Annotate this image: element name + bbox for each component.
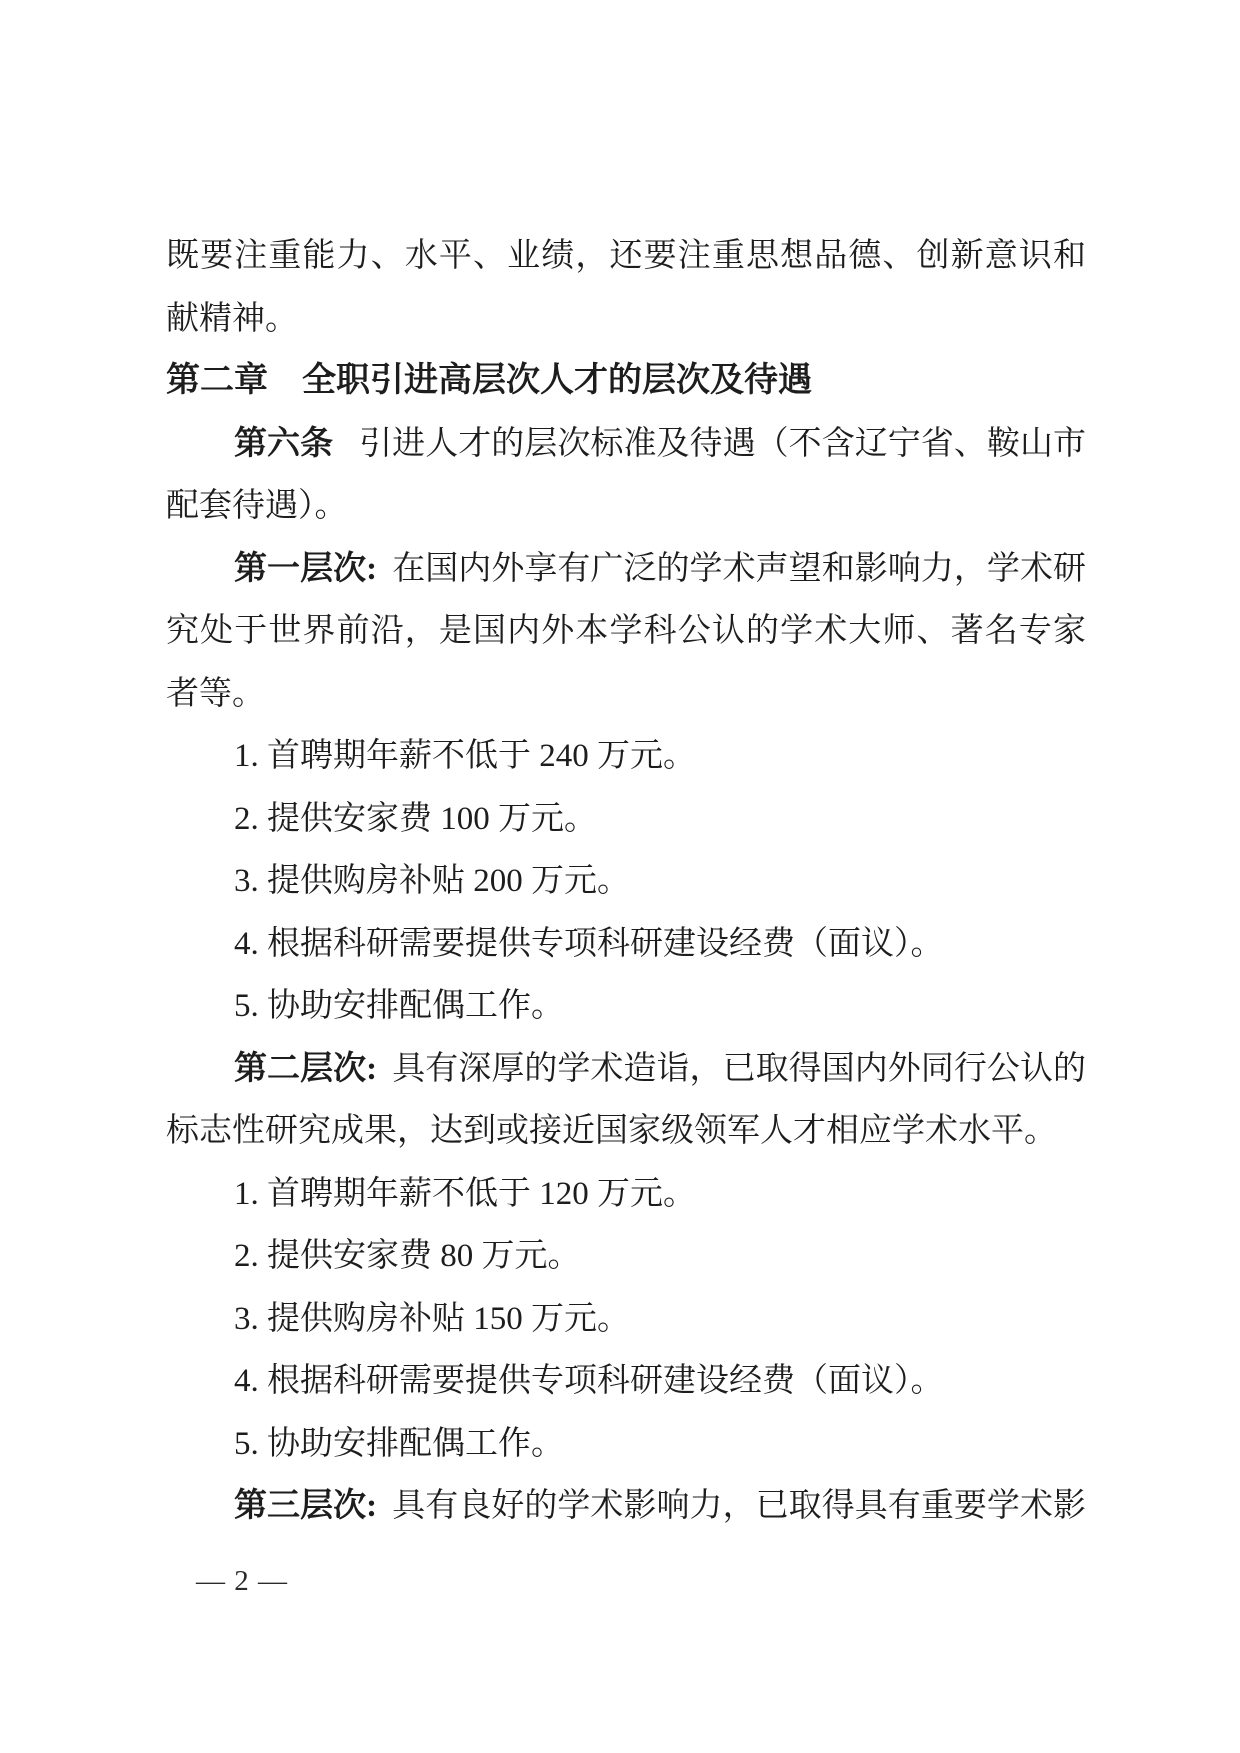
- tier-paragraph-line: 第一层次:在国内外享有广泛的学术声望和影响力，学术研: [166, 538, 1086, 601]
- benefit-item: 4. 根据科研需要提供专项科研建设经费（面议）。: [166, 913, 1086, 976]
- tier-label: 第三层次:: [234, 1488, 377, 1524]
- body-text: 在国内外享有广泛的学术声望和影响力，学术研: [392, 551, 1086, 587]
- tier-label: 第一层次:: [234, 551, 377, 587]
- benefit-item: 5. 协助安排配偶工作。: [166, 975, 1086, 1038]
- page-number: — 2 —: [196, 1556, 288, 1606]
- benefit-item: 5. 协助安排配偶工作。: [166, 1413, 1086, 1476]
- body-line: 者等。: [166, 663, 1086, 726]
- article-paragraph-line: 第六条引进人才的层次标准及待遇（不含辽宁省、鞍山市: [166, 413, 1086, 476]
- benefit-item: 3. 提供购房补贴 150 万元。: [166, 1288, 1086, 1351]
- tier-paragraph-line: 第三层次:具有良好的学术影响力，已取得具有重要学术影: [166, 1475, 1086, 1538]
- benefit-item: 1. 首聘期年薪不低于 120 万元。: [166, 1163, 1086, 1226]
- benefit-item: 4. 根据科研需要提供专项科研建设经费（面议）。: [166, 1350, 1086, 1413]
- document-body: 既要注重能力、水平、业绩，还要注重思想品德、创新意识和奉 献精神。 第二章 全职…: [166, 225, 1086, 1538]
- body-text: 具有深厚的学术造诣，已取得国内外同行公认的: [392, 1051, 1086, 1087]
- chapter-heading: 第二章 全职引进高层次人才的层次及待遇: [166, 350, 1086, 413]
- body-line: 既要注重能力、水平、业绩，还要注重思想品德、创新意识和奉: [166, 225, 1086, 288]
- article-number: 第六条: [234, 426, 333, 462]
- tier-label: 第二层次:: [234, 1051, 377, 1087]
- document-page: 既要注重能力、水平、业绩，还要注重思想品德、创新意识和奉 献精神。 第二章 全职…: [0, 0, 1240, 1753]
- body-line: 配套待遇）。: [166, 475, 1086, 538]
- body-line: 标志性研究成果，达到或接近国家级领军人才相应学术水平。: [166, 1100, 1086, 1163]
- benefit-item: 3. 提供购房补贴 200 万元。: [166, 850, 1086, 913]
- body-line: 献精神。: [166, 288, 1086, 351]
- tier-paragraph-line: 第二层次:具有深厚的学术造诣，已取得国内外同行公认的: [166, 1038, 1086, 1101]
- benefit-item: 2. 提供安家费 80 万元。: [166, 1225, 1086, 1288]
- body-text: 引进人才的层次标准及待遇（不含辽宁省、鞍山市: [359, 426, 1086, 462]
- benefit-item: 2. 提供安家费 100 万元。: [166, 788, 1086, 851]
- body-line: 究处于世界前沿，是国内外本学科公认的学术大师、著名专家学: [166, 600, 1086, 663]
- benefit-item: 1. 首聘期年薪不低于 240 万元。: [166, 725, 1086, 788]
- body-text: 具有良好的学术影响力，已取得具有重要学术影: [392, 1488, 1086, 1524]
